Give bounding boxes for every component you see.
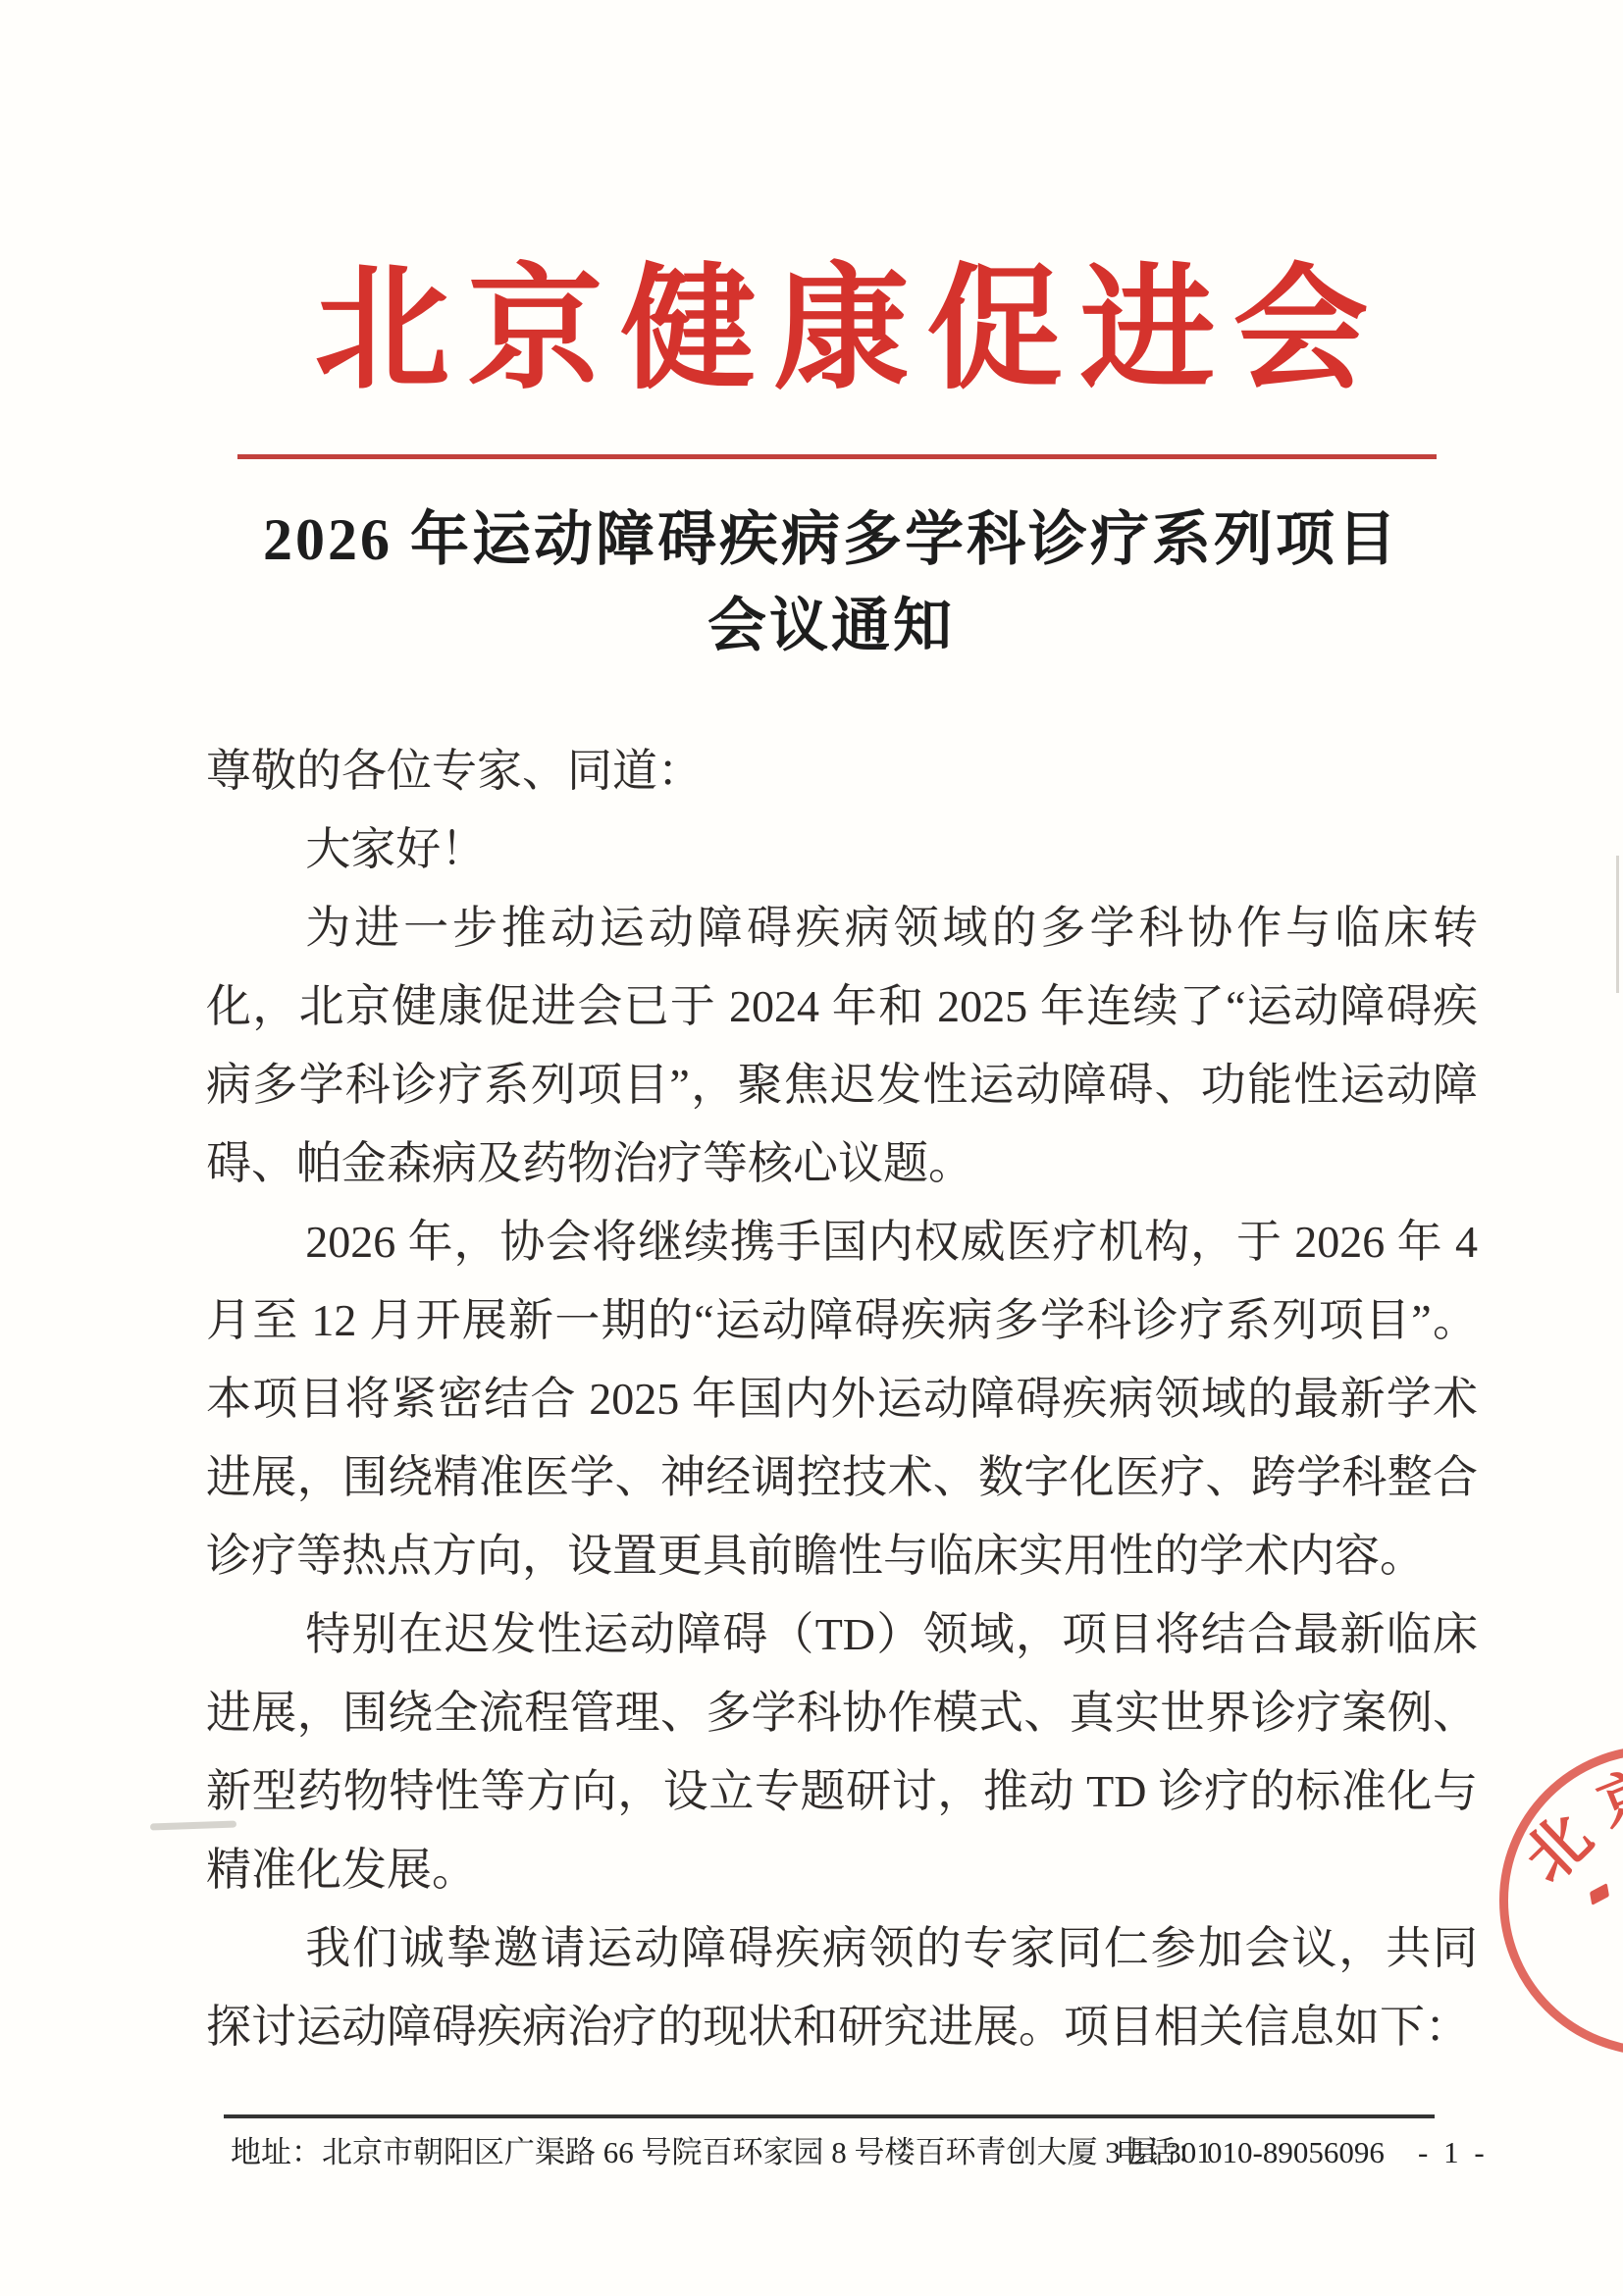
document-title-line1: 2026 年运动障碍疾病多学科诊疗系列项目 <box>39 496 1623 583</box>
document-title: 2026 年运动障碍疾病多学科诊疗系列项目 会议通知 <box>39 496 1623 669</box>
document-title-line2: 会议通知 <box>39 583 1623 669</box>
greeting-line: 大家好！ <box>206 810 1478 889</box>
letterhead-org-name: 北京健康促进会 <box>78 257 1623 404</box>
letterhead-divider-rule <box>237 454 1437 459</box>
footer-address: 地址：北京市朝阳区广渠路 66 号院百环家园 8 号楼百环青创大厦 3 层 30… <box>231 2131 1212 2174</box>
body-paragraph: 2026 年，协会将继续携手国内权威医疗机构，于 2026 年 4 月至 12 … <box>206 1203 1478 1595</box>
body-paragraph: 特别在迟发性运动障碍（TD）领域，项目将结合最新临床进展，围绕全流程管理、多学科… <box>206 1595 1478 1909</box>
body-paragraph: 为进一步推动运动障碍疾病领域的多学科协作与临床转化，北京健康促进会已于 2024… <box>206 889 1478 1203</box>
footer-divider-rule <box>224 2114 1435 2118</box>
body-paragraph: 我们诚挚邀请运动障碍疾病领的专家同仁参加会议，共同探讨运动障碍疾病治疗的现状和研… <box>206 1909 1478 2066</box>
footer: 地址：北京市朝阳区广渠路 66 号院百环家园 8 号楼百环青创大厦 3 层 30… <box>0 2131 1623 2174</box>
scan-edge-artifact <box>1616 856 1619 993</box>
footer-page-number: - 1 - <box>1418 2131 1489 2174</box>
salutation-line: 尊敬的各位专家、同道： <box>206 732 1478 810</box>
letter-body: 尊敬的各位专家、同道： 大家好！ 为进一步推动运动障碍疾病领域的多学科协作与临床… <box>206 732 1478 2066</box>
footer-phone: 电话：010-89056096 <box>1116 2131 1385 2174</box>
scanned-notice-page: 北京健康促进会 2026 年运动障碍疾病多学科诊疗系列项目 会议通知 尊敬的各位… <box>0 0 1623 2296</box>
